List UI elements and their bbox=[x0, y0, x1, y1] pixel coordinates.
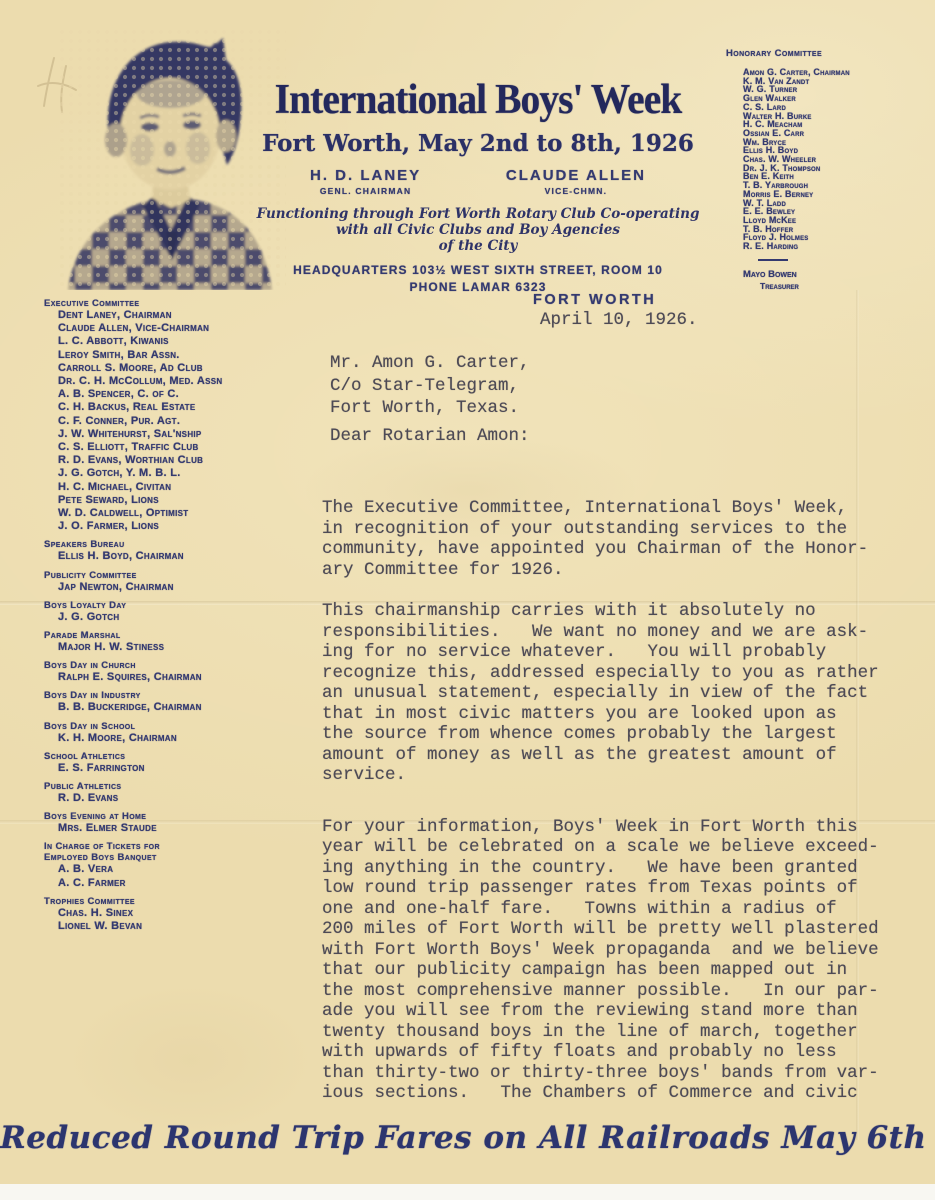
letterhead: International Boys' Week Fort Worth, May… bbox=[252, 76, 704, 294]
committee-section-header: Executive Committee bbox=[44, 298, 289, 309]
divider bbox=[758, 259, 788, 261]
letterhead-subtitle: Fort Worth, May 2nd to 8th, 1926 bbox=[252, 130, 704, 157]
committee-member: J. G. Gotch bbox=[58, 611, 289, 624]
committee-member: C. S. Elliott, Traffic Club bbox=[58, 441, 289, 454]
footer-banner: Reduced Round Trip Fares on All Railroad… bbox=[0, 1120, 935, 1156]
committee-member: Dr. C. H. McCollum, Med. Assn bbox=[58, 375, 289, 388]
committee-section: Speakers BureauEllis H. Boyd, Chairman bbox=[44, 539, 289, 563]
committee-section-header: Boys Evening at Home bbox=[44, 811, 289, 822]
treasurer-role: Treasurer bbox=[760, 281, 911, 291]
general-chairman-name: H. D. LANEY bbox=[310, 167, 421, 184]
committee-member: Carroll S. Moore, Ad Club bbox=[58, 362, 289, 375]
committee-section: In Charge of Tickets for Employed Boys B… bbox=[44, 841, 289, 889]
committee-member: H. C. Michael, Civitan bbox=[58, 481, 289, 494]
committee-section: School AthleticsE. S. Farrington bbox=[44, 751, 289, 775]
committee-section: Boys Day in ChurchRalph E. Squires, Chai… bbox=[44, 660, 289, 684]
committee-section: Trophies CommitteeChas. H. SinexLionel W… bbox=[44, 896, 289, 933]
committee-section: Executive CommitteeDent Laney, ChairmanC… bbox=[44, 298, 289, 533]
honorary-member-list: Amon G. Carter, ChairmanK. M. Van ZandtW… bbox=[743, 68, 911, 251]
committee-member: W. D. Caldwell, Optimist bbox=[58, 507, 289, 520]
committee-section: Parade MarshalMajor H. W. Stiness bbox=[44, 630, 289, 654]
paper-stain bbox=[60, 980, 320, 1140]
general-chairman: H. D. LANEY GENL. CHAIRMAN bbox=[310, 167, 421, 196]
committee-member: Jap Newton, Chairman bbox=[58, 581, 289, 594]
committee-member: Ralph E. Squires, Chairman bbox=[58, 671, 289, 684]
committee-member: Major H. W. Stiness bbox=[58, 641, 289, 654]
treasurer-name: Mayo Bowen bbox=[743, 269, 911, 280]
city-heading: FORT WORTH bbox=[533, 292, 656, 308]
committee-member: Lionel W. Bevan bbox=[58, 920, 289, 933]
letter-paragraph: This chairmanship carries with it absolu… bbox=[322, 601, 926, 786]
salutation: Dear Rotarian Amon: bbox=[330, 426, 530, 446]
committee-section: Boys Evening at HomeMrs. Elmer Staude bbox=[44, 811, 289, 835]
committee-member: B. B. Buckeridge, Chairman bbox=[58, 701, 289, 714]
scan-edge bbox=[0, 1184, 935, 1200]
committee-section-header: Trophies Committee bbox=[44, 896, 289, 907]
committee-member: Dent Laney, Chairman bbox=[58, 309, 289, 322]
committee-member: C. H. Backus, Real Estate bbox=[58, 401, 289, 414]
committee-member: A. C. Farmer bbox=[58, 877, 289, 890]
committee-member: Claude Allen, Vice-Chairman bbox=[58, 322, 289, 335]
letterhead-officers: H. D. LANEY GENL. CHAIRMAN CLAUDE ALLEN … bbox=[252, 167, 704, 196]
committee-member: Pete Seward, Lions bbox=[58, 494, 289, 507]
committee-section-header: Boys Day in Industry bbox=[44, 690, 289, 701]
committee-section-header: Publicity Committee bbox=[44, 570, 289, 581]
committee-section-header: Parade Marshal bbox=[44, 630, 289, 641]
committee-section-header: Public Athletics bbox=[44, 781, 289, 792]
vice-chairman-role: VICE-CHMN. bbox=[506, 186, 646, 196]
committee-section-header: In Charge of Tickets for Employed Boys B… bbox=[44, 841, 289, 863]
committee-member: R. D. Evans, Worthian Club bbox=[58, 454, 289, 467]
committee-member: Ellis H. Boyd, Chairman bbox=[58, 550, 289, 563]
committee-section: Boys Loyalty DayJ. G. Gotch bbox=[44, 600, 289, 624]
general-chairman-role: GENL. CHAIRMAN bbox=[310, 186, 421, 196]
letterhead-title: International Boys' Week bbox=[266, 76, 691, 124]
vice-chairman: CLAUDE ALLEN VICE-CHMN. bbox=[506, 167, 646, 196]
letter-paragraph: For your information, Boys' Week in Fort… bbox=[322, 817, 926, 1104]
committee-member: K. H. Moore, Chairman bbox=[58, 732, 289, 745]
letter-paragraph: The Executive Committee, International B… bbox=[322, 498, 926, 580]
vice-chairman-name: CLAUDE ALLEN bbox=[506, 167, 646, 184]
committee-member: J. G. Gotch, Y. M. B. L. bbox=[58, 467, 289, 480]
committee-section-header: Speakers Bureau bbox=[44, 539, 289, 550]
committee-section-header: School Athletics bbox=[44, 751, 289, 762]
committee-member: J. O. Farmer, Lions bbox=[58, 520, 289, 533]
committee-member: E. S. Farrington bbox=[58, 762, 289, 775]
committee-member: R. D. Evans bbox=[58, 792, 289, 805]
committee-section: Publicity CommitteeJap Newton, Chairman bbox=[44, 570, 289, 594]
committee-member: C. F. Conner, Pur. Agt. bbox=[58, 415, 289, 428]
committee-member: J. W. Whitehurst, Sal'nship bbox=[58, 428, 289, 441]
honorary-member: R. E. Harding bbox=[743, 242, 911, 251]
committee-section-header: Boys Loyalty Day bbox=[44, 600, 289, 611]
committee-section: Public AthleticsR. D. Evans bbox=[44, 781, 289, 805]
committee-section-header: Boys Day in School bbox=[44, 721, 289, 732]
honorary-committee-column: Honorary Committee Amon G. Carter, Chair… bbox=[726, 48, 911, 291]
committee-section: Boys Day in IndustryB. B. Buckeridge, Ch… bbox=[44, 690, 289, 714]
left-committee-column: Executive CommitteeDent Laney, ChairmanC… bbox=[44, 298, 289, 933]
committee-member: Mrs. Elmer Staude bbox=[58, 822, 289, 835]
honorary-committee-title: Honorary Committee bbox=[726, 48, 911, 59]
recipient-address: Mr. Amon G. Carter, C/o Star-Telegram, F… bbox=[330, 352, 530, 420]
letter-date: April 10, 1926. bbox=[540, 310, 698, 330]
committee-member: Leroy Smith, Bar Assn. bbox=[58, 349, 289, 362]
committee-section: Boys Day in SchoolK. H. Moore, Chairman bbox=[44, 721, 289, 745]
headquarters-line: HEADQUARTERS 103½ WEST SIXTH STREET, ROO… bbox=[252, 263, 704, 277]
committee-section-header: Boys Day in Church bbox=[44, 660, 289, 671]
committee-member: L. C. Abbott, Kiwanis bbox=[58, 335, 289, 348]
committee-member: Chas. H. Sinex bbox=[58, 907, 289, 920]
letter-body: The Executive Committee, International B… bbox=[322, 498, 926, 1104]
committee-member: A. B. Spencer, C. of C. bbox=[58, 388, 289, 401]
letterhead-tagline: Functioning through Fort Worth Rotary Cl… bbox=[252, 206, 704, 254]
letter-paper: International Boys' Week Fort Worth, May… bbox=[0, 0, 935, 1186]
sidebar-sections: Executive CommitteeDent Laney, ChairmanC… bbox=[44, 298, 289, 933]
committee-member: A. B. Vera bbox=[58, 863, 289, 876]
